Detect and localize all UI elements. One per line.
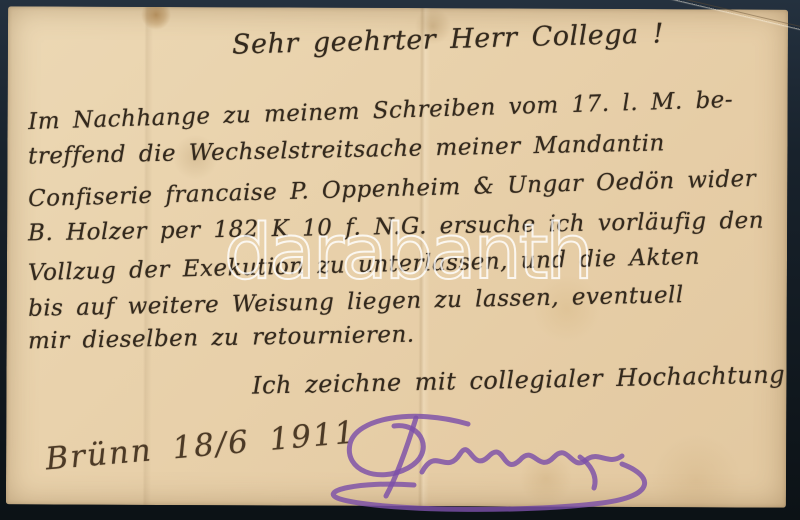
scanned-postcard-image: Sehr geehrter Herr Collega ! Im Nachhang… (0, 0, 800, 520)
signature-stamp (318, 402, 668, 517)
